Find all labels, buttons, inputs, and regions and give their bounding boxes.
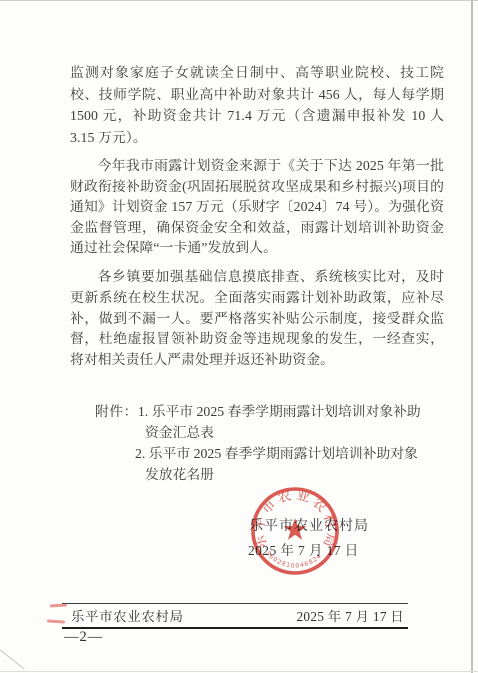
- body-paragraph-2: 今年我市雨露计划资金来源于《关于下达 2025 年第一批财政衔接补助资金(巩固拓…: [70, 156, 444, 259]
- attachment-item-2: 2. 乐平市 2025 春季学期雨露计划培训补助对象: [135, 443, 421, 464]
- attachment-line-1: 附件：1. 乐平市 2025 春季学期雨露计划培训对象补助: [95, 401, 421, 422]
- official-seal: 乐平市农业农村局 3602810046824: [240, 476, 350, 586]
- attachment-item-1-continued: 资金汇总表: [145, 422, 421, 443]
- footer-date: 2025 年 7 月 17 日: [296, 606, 404, 625]
- star-icon: [284, 518, 307, 540]
- scan-edge-right: [471, 0, 473, 673]
- body-paragraph-1: 监测对象家庭子女就读全日制中、高等职业院校、技工院校、技师学院、职业高中补助对象…: [70, 62, 444, 149]
- scan-fold-artifact: [0, 648, 25, 670]
- page-number: —2—: [64, 629, 103, 646]
- footer-bar: 乐平市农业农村局 2025 年 7 月 17 日: [62, 603, 408, 629]
- body-paragraph-3: 各乡镇要加强基础信息摸底排查、系统核实比对，及时更新系统在校生状况。全面落实雨露…: [70, 267, 444, 371]
- scan-red-artifact-bottom: [47, 619, 65, 623]
- scan-edge-bottom: [0, 671, 478, 672]
- attachments-block: 附件：1. 乐平市 2025 春季学期雨露计划培训对象补助 资金汇总表 2. 乐…: [95, 401, 421, 485]
- document-page: 监测对象家庭子女就读全日制中、高等职业院校、技工院校、技师学院、职业高中补助对象…: [0, 0, 478, 673]
- seal-ring-text: 乐平市农业农村局: [251, 487, 341, 552]
- attachments-label: 附件：: [95, 404, 138, 419]
- attachment-item-1: 1. 乐平市 2025 春季学期雨露计划培训对象补助: [138, 404, 421, 419]
- footer-issuer: 乐平市农业农村局: [71, 606, 184, 625]
- scan-edge-top: [0, 0, 478, 1]
